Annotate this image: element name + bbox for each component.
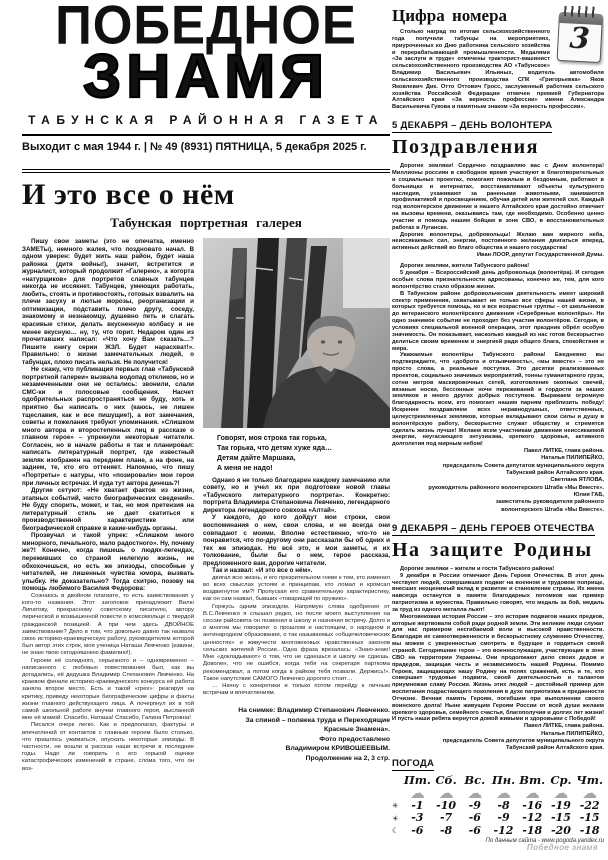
volunteer-signatures: Павел ЛИТКЕ, глава района. Наталья ПИЛИП…: [392, 448, 604, 514]
memoir-paragraph: … Начну с конкретики и только потом пере…: [203, 683, 390, 697]
temperature-cell: -18: [518, 825, 547, 837]
signature-line: председатель Совета депутатов муниципаль…: [392, 463, 604, 470]
greeting-paragraph: 5 декабря – Всероссийский день доброволь…: [392, 270, 604, 291]
poem-line: Так горька, что детям хуже яда…: [217, 444, 390, 454]
caption-line: Красные Знамена».: [203, 725, 390, 735]
greeting-paragraph: Дорогие волонтеры, добровольцы! Желаю ва…: [392, 232, 604, 253]
caption-line: Продолжение на 2, 3 стр.: [203, 754, 390, 764]
temperature-cell: -12: [518, 812, 547, 824]
greeting-paragraph: Уважаемые волонтёры Табунского района! Е…: [392, 352, 604, 448]
digit-of-issue-section: 3 Цифра номера Столько наград по итогам …: [392, 6, 604, 111]
memoir-paragraph: двигал всю жизнь, и его презрительном гн…: [203, 575, 390, 604]
day-sun-icon: ☀: [392, 815, 403, 823]
signature-line: Наталья ПИЛИПЕЙКО,: [392, 731, 604, 738]
greeting-paragraph: В Табунском районе добровольческая деяте…: [392, 291, 604, 353]
cloud-icon: ☁: [460, 787, 489, 801]
temperature-cell: -12: [489, 825, 518, 837]
article-subhead: Табунская портретная галерея: [22, 215, 390, 231]
calendar-rings: [564, 6, 599, 18]
body-paragraph: Не скажу, что публикация первых глав «Та…: [22, 366, 194, 487]
temperature-cell: -9: [489, 812, 518, 824]
cloud-icon: ☁: [575, 787, 604, 801]
body-paragraph: Так и назвал: «И это все о нём».: [203, 567, 390, 575]
temperature-cell: -8: [432, 825, 461, 837]
poem: Говорят, моя строка так горька, Так горь…: [217, 434, 390, 474]
article-column-2: Говорят, моя строка так горька, Так горь…: [203, 238, 390, 773]
calendar-icon: 3: [555, 6, 604, 63]
weather-table: Пт. Сб. Вс. Пн. Вт. Ср. Чт. ☁ ☁ ☁ ☁ ☁ ☁ …: [392, 774, 604, 837]
greeting-paragraph: 9 декабря в России отмечают День Героев …: [392, 573, 604, 614]
night-moon-icon: ☾: [392, 827, 403, 835]
main-article: И это все о нём Табунская портретная гал…: [22, 169, 390, 860]
signature-line: заместитель руководителя районного: [392, 499, 604, 506]
newspaper-subtitle: ТАБУНСКАЯ РАЙОННАЯ ГАЗЕТА: [22, 113, 390, 127]
body-paragraph: Однако я не только благодарен каждому за…: [203, 477, 390, 515]
memoir-paragraph: Горжусь одним эпизодом. Напрямую слова о…: [203, 604, 390, 683]
memoir-paragraph: Героем её солидного, серьезного и – одно…: [22, 658, 194, 723]
poem-line: Детям дайте Маршака,: [217, 454, 390, 464]
temperature-cell: -7: [432, 812, 461, 824]
signature-line: руководитель районного волонтерского Шта…: [392, 485, 604, 492]
poem-line: А меня не надо!: [217, 464, 390, 474]
caption-line: Владимиром КРИВОШЕЕВЫМ.: [203, 744, 390, 754]
congratulations-heading: Поздравления: [392, 136, 604, 159]
page-watermark: Победное знамя: [527, 843, 598, 852]
signature-line: Табунский район Алтайского края.: [392, 470, 604, 477]
cloud-icon: ☁: [489, 787, 518, 801]
calendar-number: 3: [555, 20, 604, 56]
greeting-paragraph: Дорогие земляки – жители и гости Табунск…: [392, 566, 604, 573]
cloud-icon: ☁: [403, 787, 432, 801]
signature-line: волонтерского Штаба «Мы Вместе».: [392, 507, 604, 514]
poem-line: Говорят, моя строка так горька,: [217, 434, 390, 444]
heroes-day-kicker: 9 ДЕКАБРЯ – ДЕНЬ ГЕРОЕВ ОТЕЧЕСТВА: [392, 523, 595, 536]
caption-line: Фото предоставлено: [203, 735, 390, 745]
newspaper-title-line1: ПОБЕДНОЕ: [22, 0, 390, 51]
masthead: ПОБЕДНОЕ ЗНАМЯ ТАБУНСКАЯ РАЙОННАЯ ГАЗЕТА…: [22, 2, 390, 153]
portrait-photo: [203, 238, 390, 428]
body-paragraph: Пишу свои заметы (это не опечатка, именн…: [22, 238, 194, 366]
signature-line: Наталья ПИЛИПЕЙКО,: [392, 455, 604, 462]
temperature-cell: -6: [460, 812, 489, 824]
article-headline: И это все о нём: [22, 178, 390, 212]
newspaper-front-page: ПОБЕДНОЕ ЗНАМЯ ТАБУНСКАЯ РАЙОННАЯ ГАЗЕТА…: [0, 0, 608, 860]
temperature-cell: -3: [403, 812, 432, 824]
volunteer-day-kicker: 5 ДЕКАБРЯ – ДЕНЬ ВОЛОНТЕРА: [392, 120, 552, 133]
masthead-divider: [22, 134, 390, 136]
cloud-icon: ☁: [547, 787, 576, 801]
memoir-paragraph: Писался очерк легко. Как и предполагал, …: [22, 722, 194, 772]
temperature-cell: -15: [547, 812, 576, 824]
cloud-icon: ☁: [518, 787, 547, 801]
greeting-paragraph: Дорогие земляки! Сердечно поздравляю вас…: [392, 163, 604, 231]
photo-caption: На снимке: Владимир Степанович Левченко.…: [203, 706, 390, 763]
caption-line: На снимке: Владимир Степанович Левченко.: [203, 706, 390, 716]
temperature-cell: -6: [403, 825, 432, 837]
newspaper-title-line2: ЗНАМЯ: [22, 48, 390, 106]
caption-line: За спиной – полвека труда и Переходящие: [203, 716, 390, 726]
signature-line: Павел ЛИТКЕ, глава района.: [392, 723, 604, 730]
temperature-cell: -6: [460, 825, 489, 837]
body-paragraph: Другие сетуют: «Не хватает фактов из жиз…: [22, 487, 194, 532]
cloud-icon: ☁: [432, 787, 461, 801]
heroes-heading: На защите Родины: [392, 539, 604, 562]
issue-info: Выходит с мая 1944 г. | № 49 (8931) ПЯТН…: [22, 141, 390, 153]
memoir-paragraph: Сознаюсь в двойном плагиате, то есть заи…: [22, 593, 194, 658]
body-paragraph: У каждого, до кого дойдут мои строки, св…: [203, 514, 390, 567]
right-column: 3 Цифра номера Столько наград по итогам …: [392, 6, 604, 856]
body-paragraph: Прозвучал и такой упрек: «Слишком много …: [22, 532, 194, 592]
greeting-paragraph: Многовековая история России – это истори…: [392, 614, 604, 724]
article-column-1: Пишу свои заметы (это не опечатка, именн…: [22, 238, 194, 773]
temperature-cell: -20: [547, 825, 576, 837]
signature-line: Светлана ЯТЛОВА,: [392, 477, 604, 484]
signature-line: Иван ЛООР, депутат Государственной Думы.: [392, 252, 604, 259]
temperature-cell: -15: [575, 812, 604, 824]
weather-section: ПОГОДА Пт. Сб. Вс. Пн. Вт. Ср. Чт. ☁ ☁ ☁…: [392, 750, 604, 844]
temperature-cell: -18: [575, 825, 604, 837]
weather-heading: ПОГОДА: [392, 758, 434, 771]
morning-icon: ✳: [392, 802, 403, 810]
